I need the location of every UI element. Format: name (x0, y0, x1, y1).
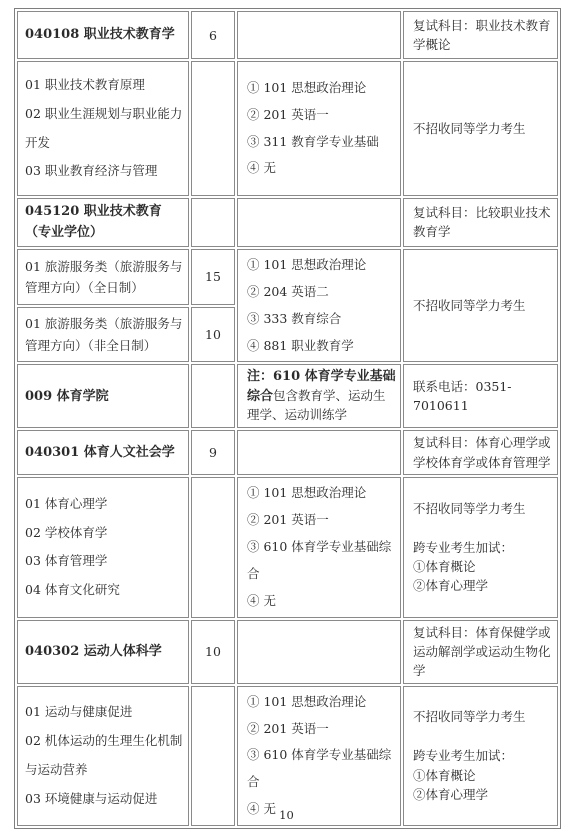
table-row-directions: 01 体育心理学 02 学校体育学 03 体育管理学 04 体育文化研究 ① 1… (17, 477, 558, 617)
quota-cell (191, 686, 235, 826)
exam-subjects-cell (237, 430, 401, 475)
quota-cell: 10 (191, 307, 235, 363)
table-row-college-009: 009 体育学院 注：610 体育学专业基础综合包含教育学、运动生理学、运动训练… (17, 364, 558, 428)
major-name-cell: 040302 运动人体科学 (17, 620, 189, 684)
exam-subjects-cell (237, 620, 401, 684)
admissions-table: 040108 职业技术教育学 6 复试科目：职业技术教育学概论 01 职业技术教… (14, 8, 561, 829)
major-name-cell: 040301 体育人文社会学 (17, 430, 189, 475)
table-row-major-045120: 045120 职业技术教育（专业学位） 复试科目：比较职业技术教育学 (17, 198, 558, 247)
table-row-directions: 01 职业技术教育原理 02 职业生涯规划与职业能力开发 03 职业教育经济与管… (17, 61, 558, 196)
major-name-cell: 040108 职业技术教育学 (17, 11, 189, 59)
exam-subjects-cell (237, 11, 401, 59)
remark-cell: 复试科目：职业技术教育学概论 (403, 11, 558, 59)
quota-cell: 9 (191, 430, 235, 475)
page-number: 10 (0, 808, 573, 822)
quota-cell: 6 (191, 11, 235, 59)
remark-cell: 不招收同等学力考生 跨专业考生加试： ①体育概论 ②体育心理学 (403, 686, 558, 826)
exam-subjects-cell (237, 198, 401, 247)
quota-cell: 10 (191, 620, 235, 684)
research-directions-cell: 01 职业技术教育原理 02 职业生涯规划与职业能力开发 03 职业教育经济与管… (17, 61, 189, 196)
table-row-major-040302: 040302 运动人体科学 10 复试科目：体育保健学或运动解剖学或运动生物化学 (17, 620, 558, 684)
document-page: 040108 职业技术教育学 6 复试科目：职业技术教育学概论 01 职业技术教… (0, 0, 573, 833)
table-row-directions: 01 运动与健康促进 02 机体运动的生理生化机制与运动营养 03 环境健康与运… (17, 686, 558, 826)
remark-cell: 复试科目：比较职业技术教育学 (403, 198, 558, 247)
exam-subjects-cell: ① 101 思想政治理论 ② 201 英语一 ③ 610 体育学专业基础综合 ④… (237, 477, 401, 617)
quota-cell: 15 (191, 249, 235, 305)
exam-subjects-cell: ① 101 思想政治理论 ② 201 英语一 ③ 311 教育学专业基础 ④ 无 (237, 61, 401, 196)
research-directions-cell: 01 旅游服务类（旅游服务与管理方向）（非全日制） (17, 307, 189, 363)
remark-cell: 不招收同等学力考生 跨专业考生加试： ①体育概论 ②体育心理学 (403, 477, 558, 617)
table-row-major-040108: 040108 职业技术教育学 6 复试科目：职业技术教育学概论 (17, 11, 558, 59)
exam-note-cell: 注：610 体育学专业基础综合包含教育学、运动生理学、运动训练学 (237, 364, 401, 428)
remark-cell: 复试科目：体育心理学或学校体育学或体育管理学 (403, 430, 558, 475)
remark-cell: 不招收同等学力考生 (403, 249, 558, 363)
exam-subjects-cell: ① 101 思想政治理论 ② 201 英语一 ③ 610 体育学专业基础综合 ④… (237, 686, 401, 826)
research-directions-cell: 01 旅游服务类（旅游服务与管理方向）（全日制） (17, 249, 189, 305)
remark-cell: 不招收同等学力考生 (403, 61, 558, 196)
quota-cell (191, 198, 235, 247)
quota-cell (191, 364, 235, 428)
quota-cell (191, 477, 235, 617)
contact-phone-cell: 联系电话：0351-7010611 (403, 364, 558, 428)
table-row-directions: 01 旅游服务类（旅游服务与管理方向）（全日制） 15 ① 101 思想政治理论… (17, 249, 558, 305)
research-directions-cell: 01 体育心理学 02 学校体育学 03 体育管理学 04 体育文化研究 (17, 477, 189, 617)
major-name-cell: 045120 职业技术教育（专业学位） (17, 198, 189, 247)
research-directions-cell: 01 运动与健康促进 02 机体运动的生理生化机制与运动营养 03 环境健康与运… (17, 686, 189, 826)
quota-cell (191, 61, 235, 196)
table-row-major-040301: 040301 体育人文社会学 9 复试科目：体育心理学或学校体育学或体育管理学 (17, 430, 558, 475)
remark-cell: 复试科目：体育保健学或运动解剖学或运动生物化学 (403, 620, 558, 684)
exam-subjects-cell: ① 101 思想政治理论 ② 204 英语二 ③ 333 教育综合 ④ 881 … (237, 249, 401, 363)
college-name-cell: 009 体育学院 (17, 364, 189, 428)
